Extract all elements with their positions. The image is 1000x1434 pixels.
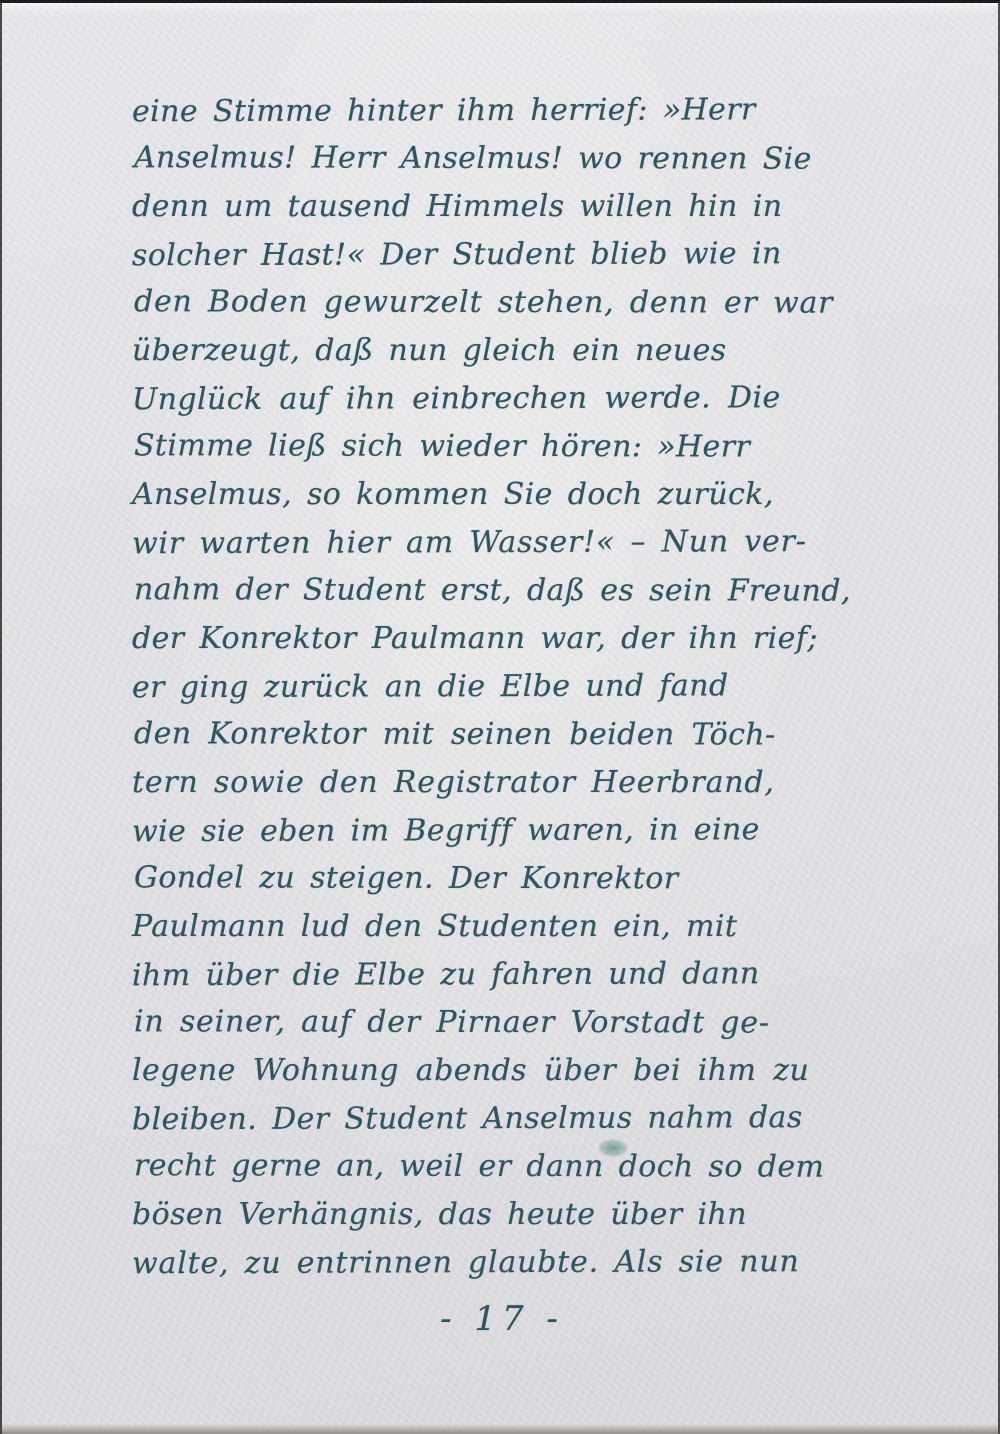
- handwritten-line: er ging zurück an die Elbe und fand: [132, 662, 910, 712]
- handwritten-line: Stimme ließ sich wieder hören: »Herr: [134, 422, 912, 472]
- handwritten-line: nahm der Student erst, daß es sein Freun…: [134, 566, 912, 616]
- handwritten-line: solcher Hast!« Der Student blieb wie in: [132, 230, 910, 280]
- handwritten-line: überzeugt, daß nun gleich ein neues: [132, 327, 910, 375]
- handwritten-line: Paulmann lud den Studenten ein, mit: [132, 903, 910, 951]
- handwritten-line: Gondel zu steigen. Der Konrektor: [134, 854, 912, 904]
- handwritten-text-block: eine Stimme hinter ihm herrief: »Herr An…: [132, 87, 910, 1287]
- handwritten-line: recht gerne an, weil er dann doch so dem: [134, 1142, 912, 1192]
- handwritten-line: Anselmus! Herr Anselmus! wo rennen Sie: [134, 134, 912, 184]
- manuscript-page-photo: eine Stimme hinter ihm herrief: »Herr An…: [0, 0, 1000, 1434]
- handwritten-line: bösen Verhängnis, das heute über ihn: [132, 1191, 910, 1239]
- handwritten-line: der Konrektor Paulmann war, der ihn rief…: [132, 615, 910, 663]
- paper-top-edge-highlight: [2, 3, 998, 14]
- paper-bottom-edge: [2, 1424, 998, 1434]
- handwritten-line: bleiben. Der Student Anselmus nahm das: [132, 1094, 910, 1144]
- handwritten-line: walte, zu entrinnen glaubte. Als sie nun: [132, 1238, 910, 1288]
- handwritten-line: den Konrektor mit seinen beiden Töch-: [134, 710, 912, 760]
- handwritten-line: Anselmus, so kommen Sie doch zurück,: [132, 471, 910, 519]
- handwritten-line: denn um tausend Himmels willen hin in: [132, 183, 910, 231]
- handwritten-line: wie sie eben im Begriff waren, in eine: [132, 806, 910, 856]
- handwritten-line: wir warten hier am Wasser!« – Nun ver-: [132, 518, 910, 568]
- handwritten-line: eine Stimme hinter ihm herrief: »Herr: [132, 86, 910, 136]
- handwritten-line: den Boden gewurzelt stehen, denn er war: [134, 278, 912, 328]
- handwritten-line: in seiner, auf der Pirnaer Vorstadt ge-: [134, 998, 912, 1048]
- handwritten-line: legene Wohnung abends über bei ihm zu: [132, 1047, 910, 1095]
- handwritten-line: ihm über die Elbe zu fahren und dann: [132, 950, 910, 1000]
- page-number: - 17 -: [132, 1299, 872, 1339]
- handwritten-line: tern sowie den Registrator Heerbrand,: [132, 759, 910, 807]
- handwritten-line: Unglück auf ihn einbrechen werde. Die: [132, 374, 910, 424]
